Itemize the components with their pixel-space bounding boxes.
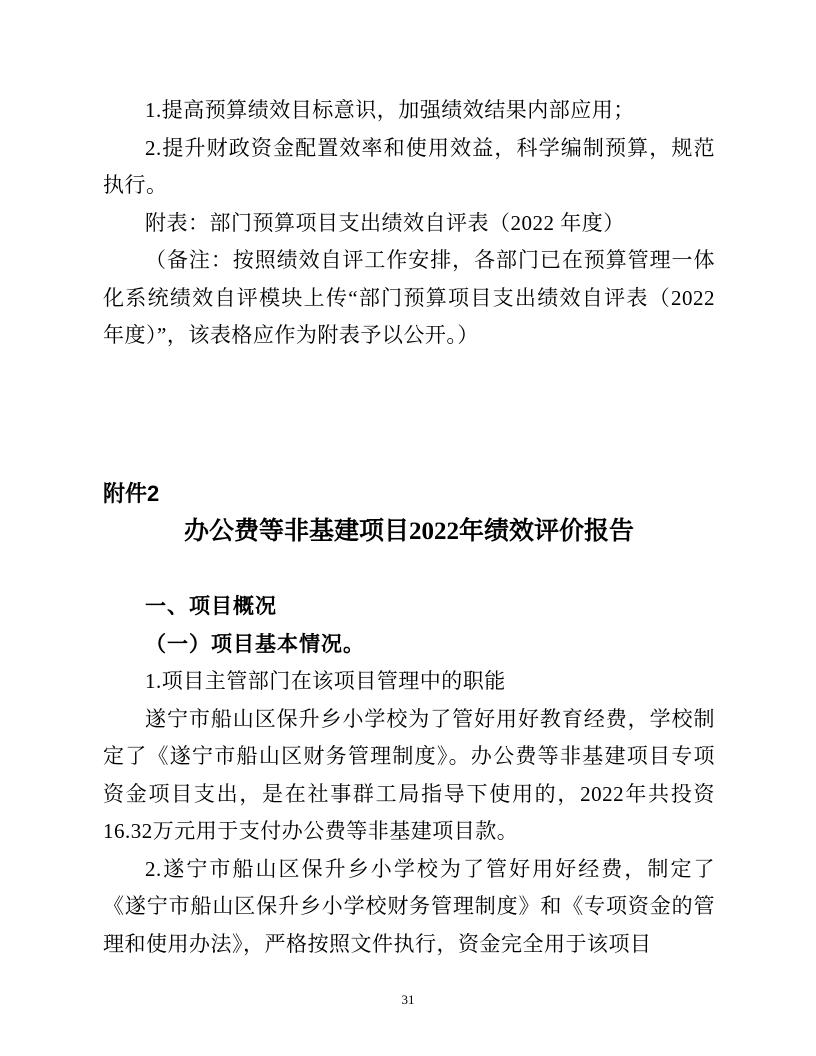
document-body: 1.提高预算绩效目标意识，加强绩效结果内部应用； 2.提升财政资金配置效率和使用…	[103, 92, 715, 963]
page-number: 31	[0, 992, 816, 1008]
section-heading: 一、项目概况	[103, 588, 715, 626]
annex-line: 附表：部门预算项目支出绩效自评表（2022 年度）	[103, 205, 715, 243]
body-paragraph-1: 遂宁市船山区保升乡小学校为了管好用好教育经费，学校制定了《遂宁市船山区财务管理制…	[103, 701, 715, 851]
report-title: 办公费等非基建项目2022年绩效评价报告	[103, 512, 715, 552]
item-heading: 1.项目主管部门在该项目管理中的职能	[103, 663, 715, 701]
document-page: 1.提高预算绩效目标意识，加强绩效结果内部应用； 2.提升财政资金配置效率和使用…	[0, 0, 816, 1056]
closing-point-2: 2.提升财政资金配置效率和使用效益，科学编制预算，规范执行。	[103, 130, 715, 205]
body-paragraph-2: 2.遂宁市船山区保升乡小学校为了管好用好经费，制定了《遂宁市船山区保升乡小学校财…	[103, 851, 715, 964]
attachment-label: 附件2	[103, 475, 715, 513]
subsection-heading: （一）项目基本情况。	[103, 626, 715, 664]
remark-paragraph: （备注：按照绩效自评工作安排，各部门已在预算管理一体化系统绩效自评模块上传“部门…	[103, 242, 715, 355]
closing-point-1: 1.提高预算绩效目标意识，加强绩效结果内部应用；	[103, 92, 715, 130]
